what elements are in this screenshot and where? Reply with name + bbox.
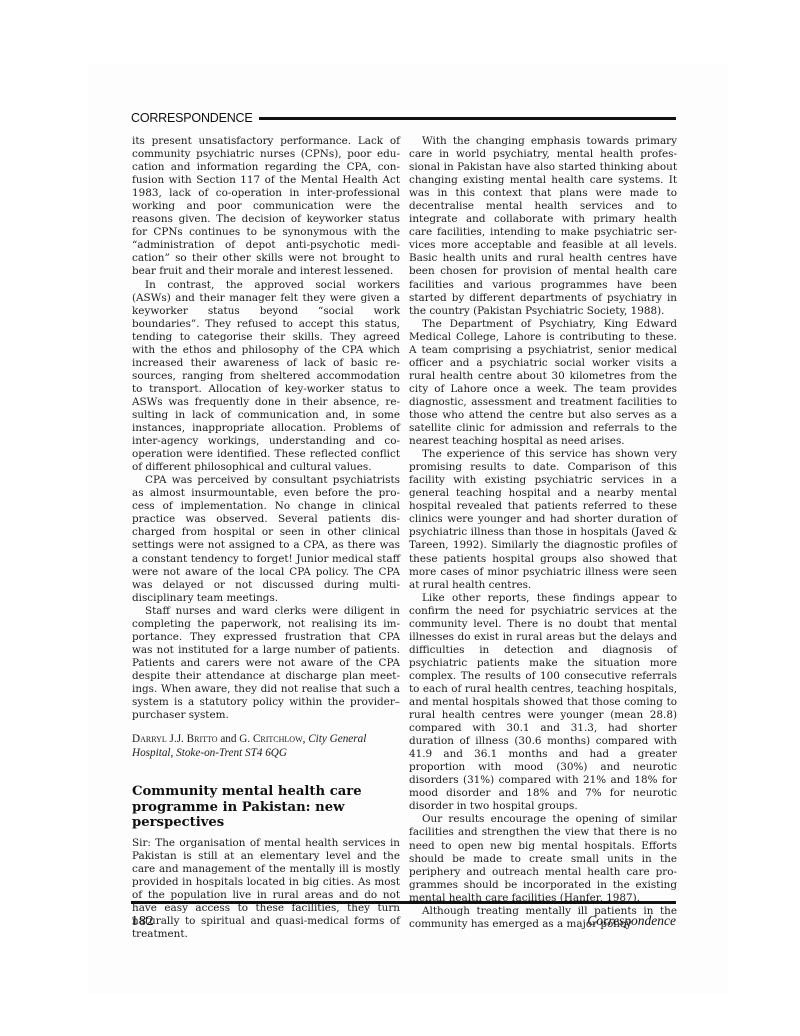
author-conjunction: and [220, 733, 236, 745]
running-footer-title: Correspondence [587, 913, 676, 929]
paragraph: In contrast, the approved social workers… [132, 279, 400, 475]
paragraph: Our results encourage the opening of sim… [409, 813, 677, 904]
running-header: CORRESPONDENCE [131, 108, 676, 128]
right-column: With the changing emphasis towards prima… [409, 135, 677, 931]
paragraph: CPA was perceived by consultant psychiat… [132, 474, 400, 604]
paragraph: Staff nurses and ward clerks were dilige… [132, 605, 400, 722]
article-title: Community mental health care programme i… [132, 784, 400, 831]
author-signature: Darryl J.J. Britto and G. Critchlow, Cit… [132, 733, 400, 760]
header-rule [259, 117, 676, 120]
footer-rule [131, 901, 676, 904]
paragraph: its present unsatisfactory performance. … [132, 135, 400, 279]
paragraph: With the changing emphasis towards prima… [409, 135, 677, 318]
article-opening-paragraph: Sir: The organisation of mental health s… [132, 837, 400, 941]
paragraph: The experience of this service has shown… [409, 448, 677, 592]
section-label: CORRESPONDENCE [131, 111, 253, 125]
author-name: Darryl J.J. Britto [132, 733, 218, 745]
left-column: its present unsatisfactory performance. … [132, 135, 400, 941]
page-number: 182 [131, 914, 154, 928]
author-name: G. Critchlow, [239, 733, 305, 745]
paragraph: Like other reports, these findings appea… [409, 592, 677, 814]
paragraph: The Department of Psychiatry, King Edwar… [409, 318, 677, 448]
